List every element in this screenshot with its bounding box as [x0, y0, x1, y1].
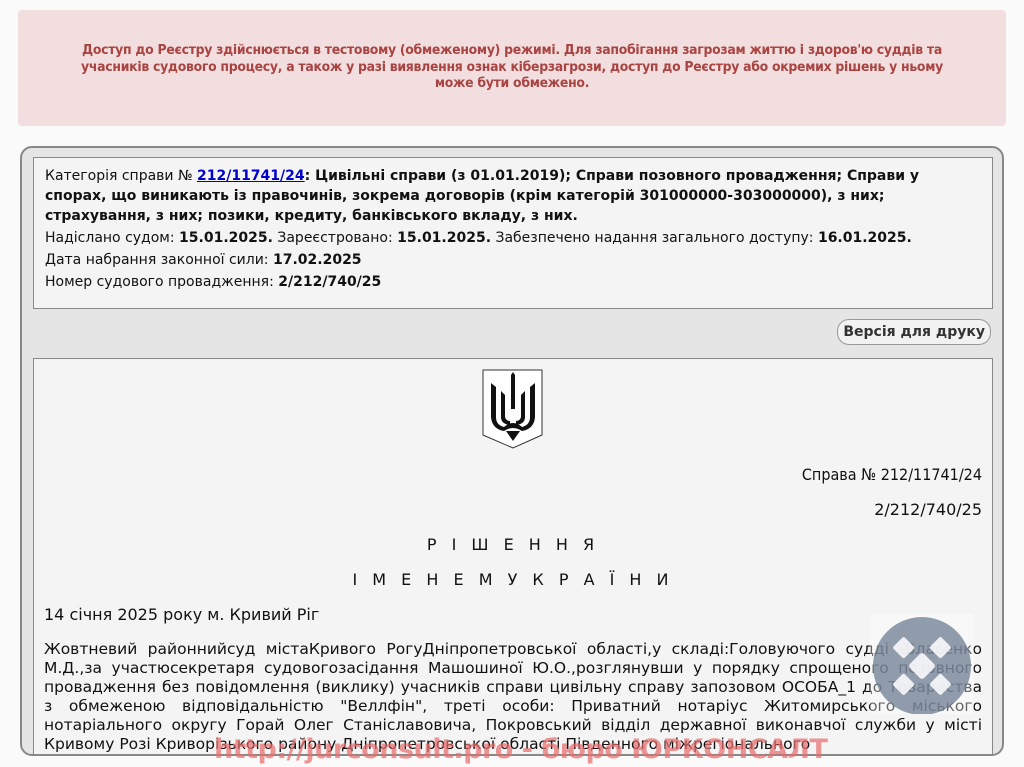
decision-document: Справа № 212/11741/24 2/212/740/25 Р І Ш… [33, 358, 993, 756]
document-date-place: 14 січня 2025 року м. Кривий Ріг [44, 605, 319, 624]
document-title: Р І Ш Е Н Н Я [34, 535, 992, 554]
test-mode-alert: Доступ до Реєстру здійснюється в тестово… [18, 10, 1006, 126]
site-watermark: http://jurconsult.pro - бюро ЮРКОНСАЛТ [214, 734, 827, 765]
print-version-button[interactable]: Версія для друку [837, 319, 991, 345]
alert-text: Доступ до Реєстру здійснюється в тестово… [67, 43, 956, 93]
document-subtitle: І М Е Н Е М У К Р А Ї Н И [34, 570, 992, 589]
decision-panel: Категорія справи № 212/11741/24: Цивільн… [20, 146, 1004, 756]
document-proceeding-number: 2/212/740/25 [874, 500, 982, 519]
sent-date: 15.01.2025. [179, 230, 273, 246]
case-info-box: Категорія справи № 212/11741/24: Цивільн… [33, 157, 993, 309]
document-case-number: Справа № 212/11741/24 [802, 465, 982, 484]
proceeding-row: Номер судового провадження: 2/212/740/25 [45, 272, 981, 292]
proceeding-number: 2/212/740/25 [278, 274, 381, 290]
category-row: Категорія справи № 212/11741/24: Цивільн… [45, 166, 981, 226]
dates-row: Надіслано судом: 15.01.2025. Зареєстрова… [45, 228, 981, 248]
case-number-link[interactable]: 212/11741/24 [197, 168, 305, 184]
ukraine-coat-of-arms-icon [482, 369, 544, 449]
registered-date: 15.01.2025. [397, 230, 491, 246]
force-row: Дата набрання законної сили: 17.02.2025 [45, 250, 981, 270]
force-date: 17.02.2025 [273, 252, 362, 268]
access-date: 16.01.2025. [818, 230, 912, 246]
